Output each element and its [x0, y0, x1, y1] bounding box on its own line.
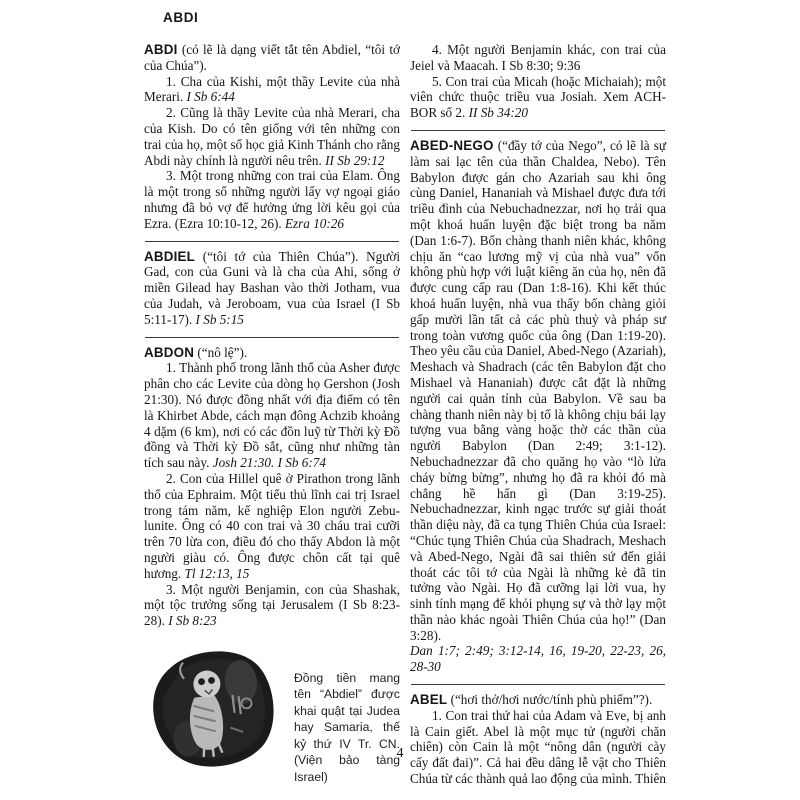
- entry-divider: [145, 337, 399, 338]
- entry-headword: ABDIEL: [144, 249, 195, 264]
- page-number: 4: [380, 746, 420, 762]
- entry-paragraph: 1. Cha của Kishi, một thầy Levite của nh…: [144, 74, 400, 106]
- entry-paragraph: 3. Một người Benjamin, con của Shashak, …: [144, 582, 400, 629]
- entry-headword: ABEL: [410, 692, 447, 707]
- entry-heading-paragraph: ABEL (“hơi thở/hơi nước/tính phù phiếm”?…: [410, 692, 666, 708]
- left-column: ABDI (có lẽ là dạng viết tắt tên Abdiel,…: [144, 42, 400, 785]
- paragraph-text: (có lẽ là dạng viết tắt tên Abdiel, “tôi…: [144, 42, 400, 73]
- paragraph-text: 2. Con của Hillel quê ở Pirathon trong l…: [144, 471, 400, 581]
- scripture-reference: I Sb 6:44: [186, 89, 234, 104]
- scripture-reference: Josh 21:30. I Sb 6:74: [213, 455, 326, 470]
- entry-paragraph: 2. Cũng là thầy Levite của nhà Merari, c…: [144, 105, 400, 168]
- scripture-reference: Dan 1:7; 2:49; 3:12-14, 16, 19-20, 22-23…: [410, 643, 666, 674]
- entry-headword: ABDI: [144, 42, 178, 57]
- entry-heading-paragraph: ABDI (có lẽ là dạng viết tắt tên Abdiel,…: [144, 42, 400, 74]
- paragraph-text: 3. Một trong những con trai của Elam. Ôn…: [144, 168, 400, 230]
- paragraph-text: 5. Con trai của Micah (hoặc Michaiah); m…: [410, 74, 666, 121]
- entry-divider: [411, 684, 665, 685]
- entry-heading-paragraph: ABDIEL (“tôi tớ của Thiên Chúa”). Người …: [144, 249, 400, 328]
- coin-figure: Đồng tiền mang tên “Abdiel” được khai qu…: [144, 645, 400, 786]
- paragraph-text: 1. Cha của Kishi, một thầy Levite của nh…: [144, 74, 400, 105]
- scripture-reference: Ezra 10:26: [285, 216, 344, 231]
- scripture-reference: Tl 12:13, 15: [185, 566, 250, 581]
- paragraph-text: 1. Con trai thứ hai của Adam và Eve, bị …: [410, 708, 666, 786]
- dictionary-page: ABDI ABDI (có lẽ là dạng viết tắt tên Ab…: [0, 0, 800, 800]
- paragraph-text: (“nô lệ”).: [194, 345, 247, 360]
- scripture-reference-line: Dan 1:7; 2:49; 3:12-14, 16, 19-20, 22-23…: [410, 643, 666, 675]
- right-column: 4. Một người Benjamin khác, con trai của…: [410, 42, 666, 787]
- entry-paragraph: 4. Một người Benjamin khác, con trai của…: [410, 42, 666, 74]
- paragraph-text: 1. Thành phố trong lãnh thổ của Asher đư…: [144, 360, 400, 470]
- entry-headword: ABED-NEGO: [410, 138, 494, 153]
- paragraph-text: (“hơi thở/hơi nước/tính phù phiếm”?).: [447, 692, 652, 707]
- entry-paragraph: 5. Con trai của Micah (hoặc Michaiah); m…: [410, 74, 666, 121]
- entry-headword: ABDON: [144, 345, 194, 360]
- entry-heading-paragraph: ABDON (“nô lệ”).: [144, 345, 400, 361]
- scripture-reference: II Sb 29:12: [325, 153, 384, 168]
- entry-paragraph: 1. Con trai thứ hai của Adam và Eve, bị …: [410, 708, 666, 787]
- scripture-reference: II Sb 34:20: [469, 105, 528, 120]
- entry-paragraph: 2. Con của Hillel quê ở Pirathon trong l…: [144, 471, 400, 582]
- scripture-reference: I Sb 5:15: [196, 312, 244, 327]
- coin-image: [144, 645, 290, 773]
- paragraph-text: (“đầy tớ của Nego”, có lẽ là sự làm sai …: [410, 138, 666, 643]
- entry-divider: [145, 241, 399, 242]
- scripture-reference: I Sb 8:23: [168, 613, 216, 628]
- figure-caption: Đồng tiền mang tên “Abdiel” được khai qu…: [294, 645, 400, 786]
- entry-paragraph: 1. Thành phố trong lãnh thổ của Asher đư…: [144, 360, 400, 471]
- entry-paragraph: 3. Một trong những con trai của Elam. Ôn…: [144, 168, 400, 231]
- entry-heading-paragraph: ABED-NEGO (“đầy tớ của Nego”, có lẽ là s…: [410, 138, 666, 644]
- running-head: ABDI: [163, 10, 198, 25]
- entry-divider: [411, 130, 665, 131]
- paragraph-text: 4. Một người Benjamin khác, con trai của…: [410, 42, 666, 73]
